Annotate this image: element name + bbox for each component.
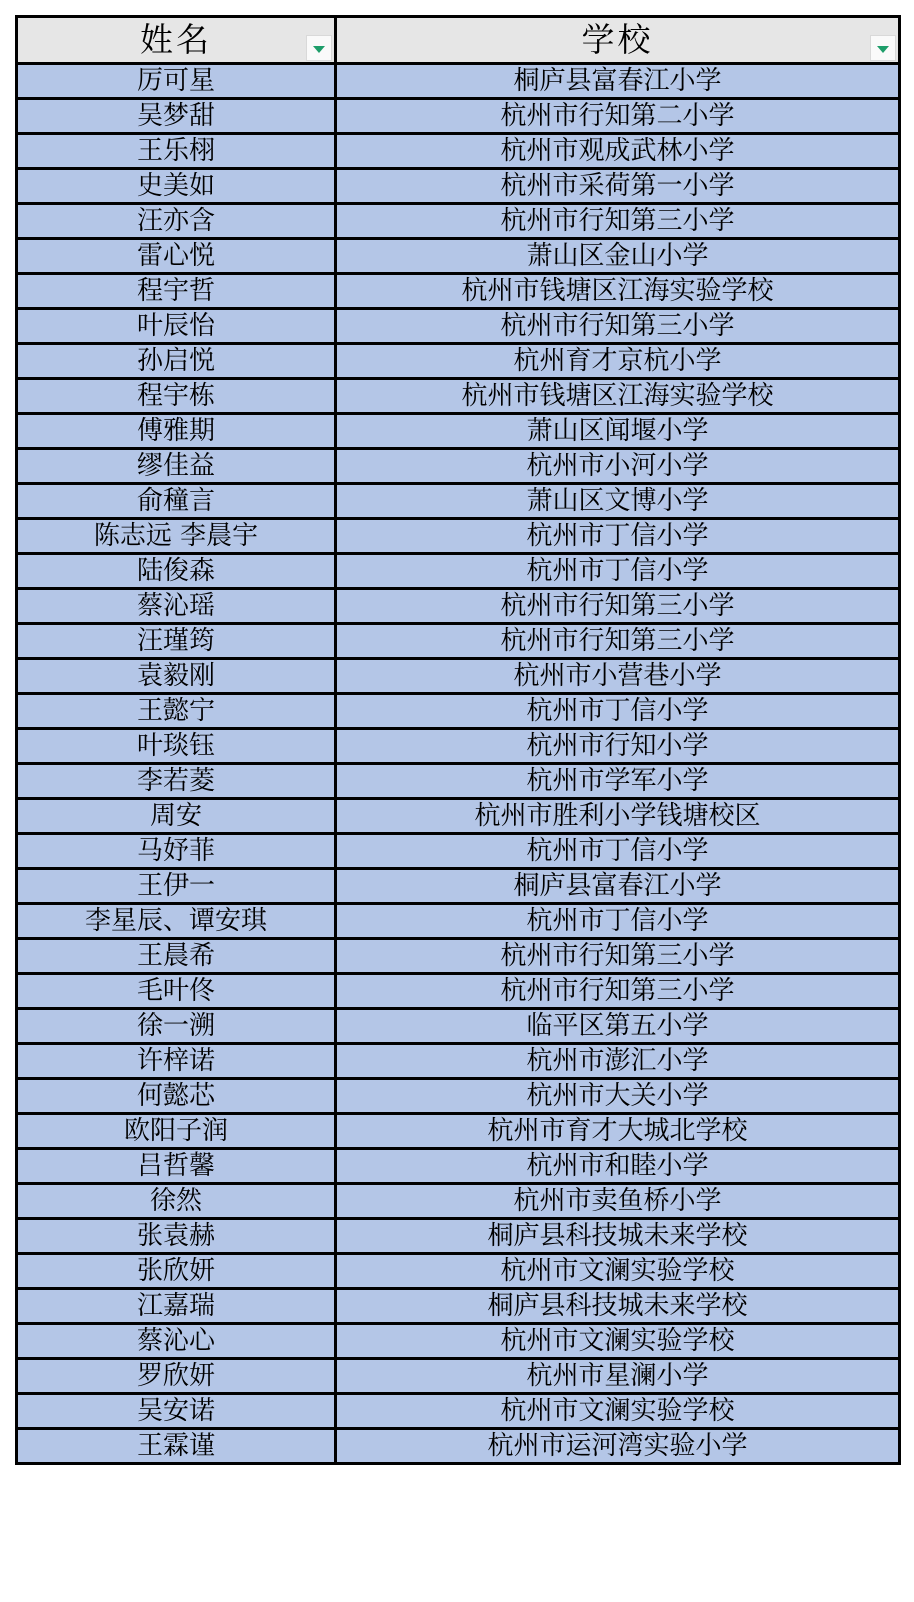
table-header: 姓名 学校 — [17, 17, 900, 64]
cell-school[interactable]: 杭州市胜利小学钱塘校区 — [336, 799, 900, 834]
cell-school[interactable]: 杭州市丁信小学 — [336, 834, 900, 869]
table-row: 李星辰、谭安琪杭州市丁信小学 — [17, 904, 900, 939]
filter-dropdown-icon — [313, 46, 325, 53]
table-row: 程宇哲杭州市钱塘区江海实验学校 — [17, 274, 900, 309]
cell-school[interactable]: 杭州市行知第二小学 — [336, 99, 900, 134]
table-row: 毛叶佟杭州市行知第三小学 — [17, 974, 900, 1009]
cell-school[interactable]: 杭州市行知第三小学 — [336, 309, 900, 344]
cell-name[interactable]: 吴安诺 — [17, 1394, 336, 1429]
cell-school[interactable]: 杭州市丁信小学 — [336, 904, 900, 939]
cell-name[interactable]: 徐一溯 — [17, 1009, 336, 1044]
table-row: 傅雅期萧山区闻堰小学 — [17, 414, 900, 449]
table-row: 袁毅刚杭州市小营巷小学 — [17, 659, 900, 694]
cell-school[interactable]: 杭州市采荷第一小学 — [336, 169, 900, 204]
header-row: 姓名 学校 — [17, 17, 900, 64]
cell-school[interactable]: 杭州市行知第三小学 — [336, 589, 900, 624]
table-row: 何懿芯杭州市大关小学 — [17, 1079, 900, 1114]
cell-name[interactable]: 程宇哲 — [17, 274, 336, 309]
cell-school[interactable]: 杭州市学军小学 — [336, 764, 900, 799]
cell-school[interactable]: 萧山区文博小学 — [336, 484, 900, 519]
cell-school[interactable]: 杭州市行知第三小学 — [336, 204, 900, 239]
student-school-table: 姓名 学校 厉可星桐庐县富春江小学吴梦甜杭州市行知第二小学王乐栩杭州市观成武林小… — [15, 15, 901, 1465]
table-row: 马妤菲杭州市丁信小学 — [17, 834, 900, 869]
cell-school[interactable]: 桐庐县科技城未来学校 — [336, 1219, 900, 1254]
table-row: 雷心悦萧山区金山小学 — [17, 239, 900, 274]
cell-school[interactable]: 杭州市行知第三小学 — [336, 624, 900, 659]
table-row: 蔡沁瑶杭州市行知第三小学 — [17, 589, 900, 624]
cell-school[interactable]: 杭州市文澜实验学校 — [336, 1324, 900, 1359]
table-row: 厉可星桐庐县富春江小学 — [17, 64, 900, 99]
header-label-school: 学校 — [582, 18, 654, 62]
cell-name[interactable]: 欧阳子润 — [17, 1114, 336, 1149]
cell-school[interactable]: 杭州市丁信小学 — [336, 694, 900, 729]
cell-name[interactable]: 汪瑾筠 — [17, 624, 336, 659]
cell-name[interactable]: 王霖谨 — [17, 1429, 336, 1464]
cell-name[interactable]: 厉可星 — [17, 64, 336, 99]
cell-name[interactable]: 李若菱 — [17, 764, 336, 799]
cell-name[interactable]: 俞穜言 — [17, 484, 336, 519]
header-label-name: 姓名 — [140, 18, 212, 62]
cell-name[interactable]: 蔡沁心 — [17, 1324, 336, 1359]
cell-school[interactable]: 杭州市钱塘区江海实验学校 — [336, 379, 900, 414]
cell-school[interactable]: 杭州市行知第三小学 — [336, 939, 900, 974]
cell-school[interactable]: 杭州市小河小学 — [336, 449, 900, 484]
cell-school[interactable]: 临平区第五小学 — [336, 1009, 900, 1044]
cell-name[interactable]: 缪佳益 — [17, 449, 336, 484]
cell-school[interactable]: 杭州市文澜实验学校 — [336, 1254, 900, 1289]
table-row: 缪佳益杭州市小河小学 — [17, 449, 900, 484]
cell-school[interactable]: 杭州市丁信小学 — [336, 519, 900, 554]
table-row: 罗欣妍杭州市星澜小学 — [17, 1359, 900, 1394]
header-cell-name[interactable]: 姓名 — [17, 17, 336, 64]
cell-name[interactable]: 徐然 — [17, 1184, 336, 1219]
cell-name[interactable]: 李星辰、谭安琪 — [17, 904, 336, 939]
table-row: 汪瑾筠杭州市行知第三小学 — [17, 624, 900, 659]
cell-school[interactable]: 杭州育才京杭小学 — [336, 344, 900, 379]
cell-name[interactable]: 雷心悦 — [17, 239, 336, 274]
table-row: 叶琰钰杭州市行知小学 — [17, 729, 900, 764]
table-row: 许梓诺杭州市澎汇小学 — [17, 1044, 900, 1079]
cell-school[interactable]: 杭州市小营巷小学 — [336, 659, 900, 694]
table-row: 欧阳子润杭州市育才大城北学校 — [17, 1114, 900, 1149]
table-row: 汪亦含杭州市行知第三小学 — [17, 204, 900, 239]
cell-school[interactable]: 杭州市运河湾实验小学 — [336, 1429, 900, 1464]
table-row: 徐一溯临平区第五小学 — [17, 1009, 900, 1044]
cell-school[interactable]: 桐庐县富春江小学 — [336, 64, 900, 99]
table-row: 蔡沁心杭州市文澜实验学校 — [17, 1324, 900, 1359]
cell-name[interactable]: 汪亦含 — [17, 204, 336, 239]
table-row: 陆俊森杭州市丁信小学 — [17, 554, 900, 589]
table-row: 王霖谨杭州市运河湾实验小学 — [17, 1429, 900, 1464]
cell-school[interactable]: 杭州市和睦小学 — [336, 1149, 900, 1184]
cell-school[interactable]: 杭州市卖鱼桥小学 — [336, 1184, 900, 1219]
cell-school[interactable]: 杭州市大关小学 — [336, 1079, 900, 1114]
cell-name[interactable]: 程宇栋 — [17, 379, 336, 414]
table-row: 吕哲馨杭州市和睦小学 — [17, 1149, 900, 1184]
table-row: 吴梦甜杭州市行知第二小学 — [17, 99, 900, 134]
table-row: 王晨希杭州市行知第三小学 — [17, 939, 900, 974]
table-row: 王乐栩杭州市观成武林小学 — [17, 134, 900, 169]
cell-school[interactable]: 杭州市育才大城北学校 — [336, 1114, 900, 1149]
table-row: 张欣妍杭州市文澜实验学校 — [17, 1254, 900, 1289]
cell-name[interactable]: 史美如 — [17, 169, 336, 204]
filter-button-name[interactable] — [306, 35, 332, 61]
cell-name[interactable]: 毛叶佟 — [17, 974, 336, 1009]
cell-name[interactable]: 王懿宁 — [17, 694, 336, 729]
cell-school[interactable]: 杭州市钱塘区江海实验学校 — [336, 274, 900, 309]
table-row: 李若菱杭州市学军小学 — [17, 764, 900, 799]
cell-school[interactable]: 杭州市行知第三小学 — [336, 974, 900, 1009]
cell-name[interactable]: 马妤菲 — [17, 834, 336, 869]
cell-name[interactable]: 罗欣妍 — [17, 1359, 336, 1394]
cell-name[interactable]: 吴梦甜 — [17, 99, 336, 134]
cell-name[interactable]: 叶辰怡 — [17, 309, 336, 344]
cell-school[interactable]: 杭州市行知小学 — [336, 729, 900, 764]
cell-name[interactable]: 张袁赫 — [17, 1219, 336, 1254]
header-cell-school[interactable]: 学校 — [336, 17, 900, 64]
cell-name[interactable]: 周安 — [17, 799, 336, 834]
cell-school[interactable]: 杭州市丁信小学 — [336, 554, 900, 589]
cell-name[interactable]: 许梓诺 — [17, 1044, 336, 1079]
table-row: 俞穜言萧山区文博小学 — [17, 484, 900, 519]
cell-school[interactable]: 桐庐县科技城未来学校 — [336, 1289, 900, 1324]
cell-name[interactable]: 袁毅刚 — [17, 659, 336, 694]
cell-school[interactable]: 杭州市星澜小学 — [336, 1359, 900, 1394]
table-row: 王懿宁杭州市丁信小学 — [17, 694, 900, 729]
cell-school[interactable]: 萧山区闻堰小学 — [336, 414, 900, 449]
table-row: 叶辰怡杭州市行知第三小学 — [17, 309, 900, 344]
table-row: 陈志远 李晨宇杭州市丁信小学 — [17, 519, 900, 554]
cell-name[interactable]: 张欣妍 — [17, 1254, 336, 1289]
table-row: 周安杭州市胜利小学钱塘校区 — [17, 799, 900, 834]
cell-name[interactable]: 陆俊森 — [17, 554, 336, 589]
filter-button-school[interactable] — [870, 35, 896, 61]
table-row: 张袁赫桐庐县科技城未来学校 — [17, 1219, 900, 1254]
table-row: 程宇栋杭州市钱塘区江海实验学校 — [17, 379, 900, 414]
cell-name[interactable]: 王乐栩 — [17, 134, 336, 169]
table-row: 史美如杭州市采荷第一小学 — [17, 169, 900, 204]
cell-school[interactable]: 桐庐县富春江小学 — [336, 869, 900, 904]
cell-school[interactable]: 萧山区金山小学 — [336, 239, 900, 274]
table-body: 厉可星桐庐县富春江小学吴梦甜杭州市行知第二小学王乐栩杭州市观成武林小学史美如杭州… — [17, 64, 900, 1464]
table-row: 吴安诺杭州市文澜实验学校 — [17, 1394, 900, 1429]
cell-name[interactable]: 傅雅期 — [17, 414, 336, 449]
cell-school[interactable]: 杭州市观成武林小学 — [336, 134, 900, 169]
cell-name[interactable]: 叶琰钰 — [17, 729, 336, 764]
table-row: 王伊一桐庐县富春江小学 — [17, 869, 900, 904]
cell-school[interactable]: 杭州市澎汇小学 — [336, 1044, 900, 1079]
cell-name[interactable]: 蔡沁瑶 — [17, 589, 336, 624]
cell-name[interactable]: 吕哲馨 — [17, 1149, 336, 1184]
cell-name[interactable]: 孙启悦 — [17, 344, 336, 379]
cell-name[interactable]: 江嘉瑞 — [17, 1289, 336, 1324]
cell-school[interactable]: 杭州市文澜实验学校 — [336, 1394, 900, 1429]
table-row: 徐然杭州市卖鱼桥小学 — [17, 1184, 900, 1219]
cell-name[interactable]: 王伊一 — [17, 869, 336, 904]
filter-dropdown-icon — [877, 46, 889, 53]
cell-name[interactable]: 陈志远 李晨宇 — [17, 519, 336, 554]
cell-name[interactable]: 何懿芯 — [17, 1079, 336, 1114]
table-row: 江嘉瑞桐庐县科技城未来学校 — [17, 1289, 900, 1324]
table-row: 孙启悦杭州育才京杭小学 — [17, 344, 900, 379]
cell-name[interactable]: 王晨希 — [17, 939, 336, 974]
